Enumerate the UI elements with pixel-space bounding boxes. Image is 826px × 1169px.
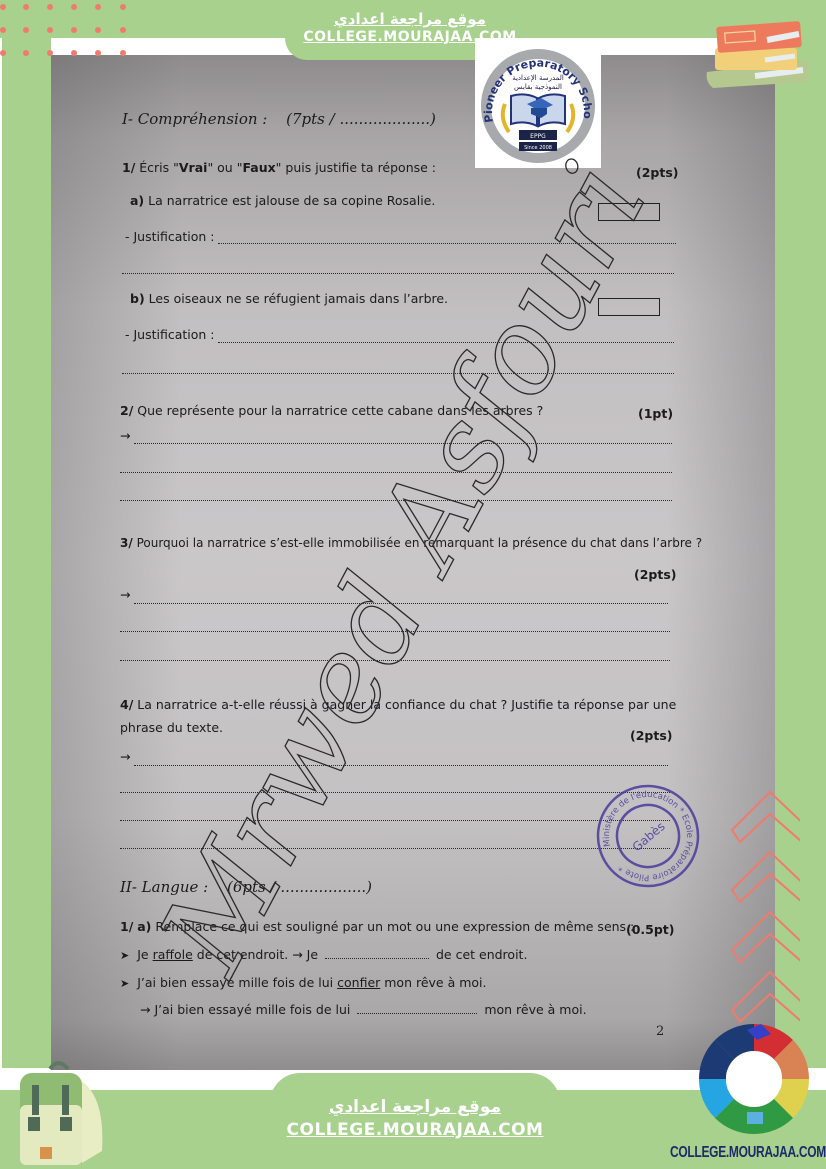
q3-answer-line-2[interactable] — [120, 631, 670, 632]
q1a-label: a) — [130, 193, 144, 208]
s2-q1-instruction: 1/ a) Remplace ce qui est souligné par u… — [120, 919, 634, 934]
q4-text-line2: phrase du texte. — [120, 720, 223, 735]
section1-title-text: I- Compréhension : — [122, 110, 267, 128]
s2-item2-answer-blank[interactable] — [357, 1013, 477, 1014]
bullet-arrow-icon: ➤ — [120, 949, 129, 962]
q1a-text: La narratrice est jalouse de sa copine R… — [148, 193, 435, 208]
site-banner-arabic[interactable]: موقع مراجعة اعدادي — [270, 1073, 560, 1119]
site-banner-bottom[interactable]: موقع مراجعة اعدادي COLLEGE.MOURAJAA.COM — [270, 1073, 560, 1169]
logo-arabic-line1: المدرسة الإعدادية — [512, 74, 564, 82]
logo-since: Since 2008 — [524, 145, 552, 151]
s2-q1-instruction-text: Remplace ce qui est souligné par un mot … — [155, 919, 634, 934]
s2-item1-underlined: raffole — [153, 947, 193, 962]
section2-title: II- Langue : (6pts / ..................) — [120, 878, 372, 896]
q3-arrow-icon: → — [120, 587, 130, 602]
s2-item2-pre: J’ai bien essayé mille fois de lui — [137, 975, 337, 990]
q1a-answer-line[interactable] — [218, 243, 676, 244]
q2-answer-line-1[interactable] — [134, 443, 672, 444]
s2-q1-points: (0.5pt) — [626, 922, 675, 937]
backpack-icon — [10, 1055, 110, 1169]
section2-score: (6pts / ..................) — [227, 878, 372, 896]
s2-q1-number: 1/ — [120, 919, 133, 934]
stamp-seal-icon: Ministère de l'éducation * Ecole Prépara… — [595, 783, 701, 889]
stamp-center-text: Gabès — [630, 819, 668, 854]
q1a-statement: a) La narratrice est jalouse de sa copin… — [130, 193, 435, 208]
q1b-statement: b) Les oiseaux ne se réfugient jamais da… — [130, 291, 448, 306]
s2-q1-sub: a) — [137, 919, 151, 934]
q4-answer-line-2[interactable] — [120, 792, 670, 793]
site-banner-url[interactable]: COLLEGE.MOURAJAA.COM — [270, 1119, 560, 1141]
q1-number: 1/ — [122, 160, 135, 175]
q3-answer-line-1[interactable] — [134, 603, 668, 604]
official-stamp: Ministère de l'éducation * Ecole Prépara… — [595, 783, 701, 889]
school-logo: Pioneer Preparatory School of Gabes المد… — [475, 38, 601, 168]
q3-prompt: 3/ Pourquoi la narratrice s’est-elle imm… — [120, 536, 702, 550]
q1b-text: Les oiseaux ne se réfugient jamais dans … — [149, 291, 448, 306]
q1-faux: Faux — [242, 160, 275, 175]
q3-points: (2pts) — [634, 567, 677, 582]
brand-footer-link[interactable]: COLLEGE.MOURAJAA.COM — [670, 1143, 820, 1161]
q2-arrow-icon: → — [120, 428, 130, 443]
book-stack-icon — [695, 10, 815, 95]
s2-item2-post: mon rêve à moi. — [380, 975, 486, 990]
section2-title-text: II- Langue : — [120, 878, 208, 896]
s2-item2: ➤J’ai bien essayé mille fois de lui conf… — [120, 975, 487, 990]
education-wheel-icon — [695, 1020, 813, 1138]
q1a-justification-label: - Justification : — [125, 229, 215, 244]
q2-text: Que représente pour la narratrice cette … — [137, 403, 543, 418]
s2-item1-end: de cet endroit. — [432, 947, 527, 962]
school-emblem-icon: Pioneer Preparatory School of Gabes المد… — [475, 38, 601, 168]
q4-answer-line-1[interactable] — [134, 765, 668, 766]
q4-prompt: 4/ La narratrice a-t-elle réussi à gagne… — [120, 697, 676, 712]
q2-number: 2/ — [120, 403, 133, 418]
q4-points: (2pts) — [630, 728, 673, 743]
site-banner-arabic[interactable]: موقع مراجعة اعدادي — [285, 0, 535, 28]
q1a-answer-box[interactable] — [598, 203, 660, 221]
q2-prompt: 2/ Que représente pour la narratrice cet… — [120, 403, 543, 418]
logo-acronym: EPPG — [530, 133, 546, 140]
q2-answer-line-3[interactable] — [120, 500, 672, 501]
q4-answer-line-4[interactable] — [120, 848, 670, 849]
decorative-dot-grid — [0, 0, 130, 60]
section1-title: I- Compréhension : (7pts / .............… — [122, 110, 436, 128]
q1-prompt: 1/ Écris "Vrai" ou "Faux" puis justifie … — [122, 160, 436, 175]
q1b-answer-line[interactable] — [218, 342, 674, 343]
section1-score: (7pts / ...................) — [286, 110, 436, 128]
q1b-label: b) — [130, 291, 145, 306]
bullet-arrow-icon: ➤ — [120, 977, 129, 990]
q1-text-after: " puis justifie ta réponse : — [276, 160, 436, 175]
q3-answer-line-3[interactable] — [120, 660, 670, 661]
q1-points: (2pts) — [636, 165, 679, 180]
logo-arabic-line2: النموذجية بقابس — [514, 83, 562, 91]
q4-text-line1: La narratrice a-t-elle réussi à gagner l… — [137, 697, 676, 712]
s2-item2-underlined: confier — [337, 975, 380, 990]
frame-left-border — [2, 38, 51, 1068]
s2-item1-post: de cet endroit. → Je — [193, 947, 322, 962]
s2-item2-answer: → J’ai bien essayé mille fois de lui mon… — [140, 1002, 587, 1017]
s2-item1-pre: Je — [137, 947, 152, 962]
q4-answer-line-3[interactable] — [120, 820, 670, 821]
chevron-up-decor-icon — [730, 790, 800, 1040]
q3-number: 3/ — [120, 536, 133, 550]
s2-item1: ➤Je raffole de cet endroit. → Je de cet … — [120, 947, 527, 962]
q2-points: (1pt) — [638, 406, 673, 421]
page-number: 2 — [656, 1024, 664, 1039]
q4-arrow-icon: → — [120, 749, 130, 764]
q1-text: Écris " — [139, 160, 179, 175]
s2-item2-answer-post: mon rêve à moi. — [480, 1002, 586, 1017]
q4-number: 4/ — [120, 697, 133, 712]
q1b-answer-line-2[interactable] — [122, 373, 674, 374]
q1b-answer-box[interactable] — [598, 298, 660, 316]
s2-item1-answer-blank[interactable] — [325, 958, 429, 959]
q1-text-mid: " ou " — [207, 160, 242, 175]
q1a-answer-line-2[interactable] — [122, 273, 674, 274]
q1b-justification-label: - Justification : — [125, 327, 215, 342]
q3-text: Pourquoi la narratrice s’est-elle immobi… — [137, 536, 703, 550]
s2-item2-answer-pre: → J’ai bien essayé mille fois de lui — [140, 1002, 354, 1017]
q2-answer-line-2[interactable] — [120, 472, 672, 473]
q1-vrai: Vrai — [179, 160, 208, 175]
